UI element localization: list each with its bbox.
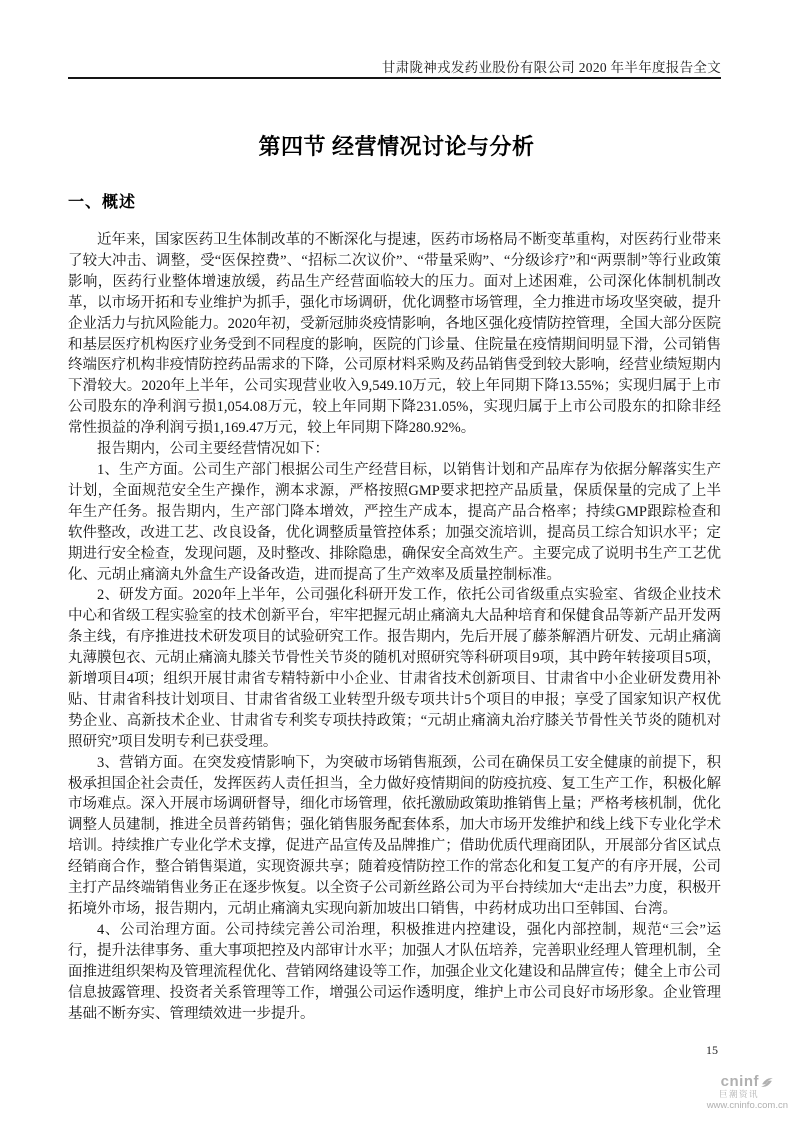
cninfo-watermark: cninf 巨潮资讯 www.cninfo.com.cn xyxy=(704,1075,788,1111)
cninfo-brand-text: 巨潮资讯 xyxy=(704,1090,788,1099)
cninfo-swoosh-icon xyxy=(760,1076,774,1089)
paragraph-production: 1、生产方面。公司生产部门根据公司生产经营目标，以销售计划和产品库存为依据分解落… xyxy=(68,460,721,585)
paragraph-corporate-governance: 4、公司治理方面。公司持续完善公司治理，积极推进内控建设，强化内部控制，规范“三… xyxy=(68,920,721,1025)
cninfo-url-text: www.cninfo.com.cn xyxy=(704,1101,788,1111)
page-number: 15 xyxy=(68,1043,718,1058)
cninfo-logo-text: cninf xyxy=(721,1075,759,1089)
paragraph-overview-summary: 近年来，国家医药卫生体制改革的不断深化与提速，医药市场格局不断变革重构，对医药行… xyxy=(68,230,721,439)
paragraph-report-period-intro: 报告期内，公司主要经营情况如下： xyxy=(68,439,721,460)
page-title: 第四节 经营情况讨论与分析 xyxy=(0,130,793,161)
paragraph-research-development: 2、研发方面。2020年上半年，公司强化科研开发工作，依托公司省级重点实验室、省… xyxy=(68,585,721,752)
running-header: 甘肃陇神戎发药业股份有限公司 2020 年半年度报告全文 xyxy=(68,56,721,76)
report-page: 甘肃陇神戎发药业股份有限公司 2020 年半年度报告全文 第四节 经营情况讨论与… xyxy=(0,0,793,1122)
body-text: 近年来，国家医药卫生体制改革的不断深化与提速，医药市场格局不断变革重构，对医药行… xyxy=(68,230,721,1024)
section-heading-overview: 一、概述 xyxy=(68,189,136,212)
header-rule xyxy=(68,77,721,79)
cninfo-logo: cninf xyxy=(704,1075,788,1089)
paragraph-marketing: 3、营销方面。在突发疫情影响下，为突破市场销售瓶颈，公司在确保员工安全健康的前提… xyxy=(68,753,721,920)
